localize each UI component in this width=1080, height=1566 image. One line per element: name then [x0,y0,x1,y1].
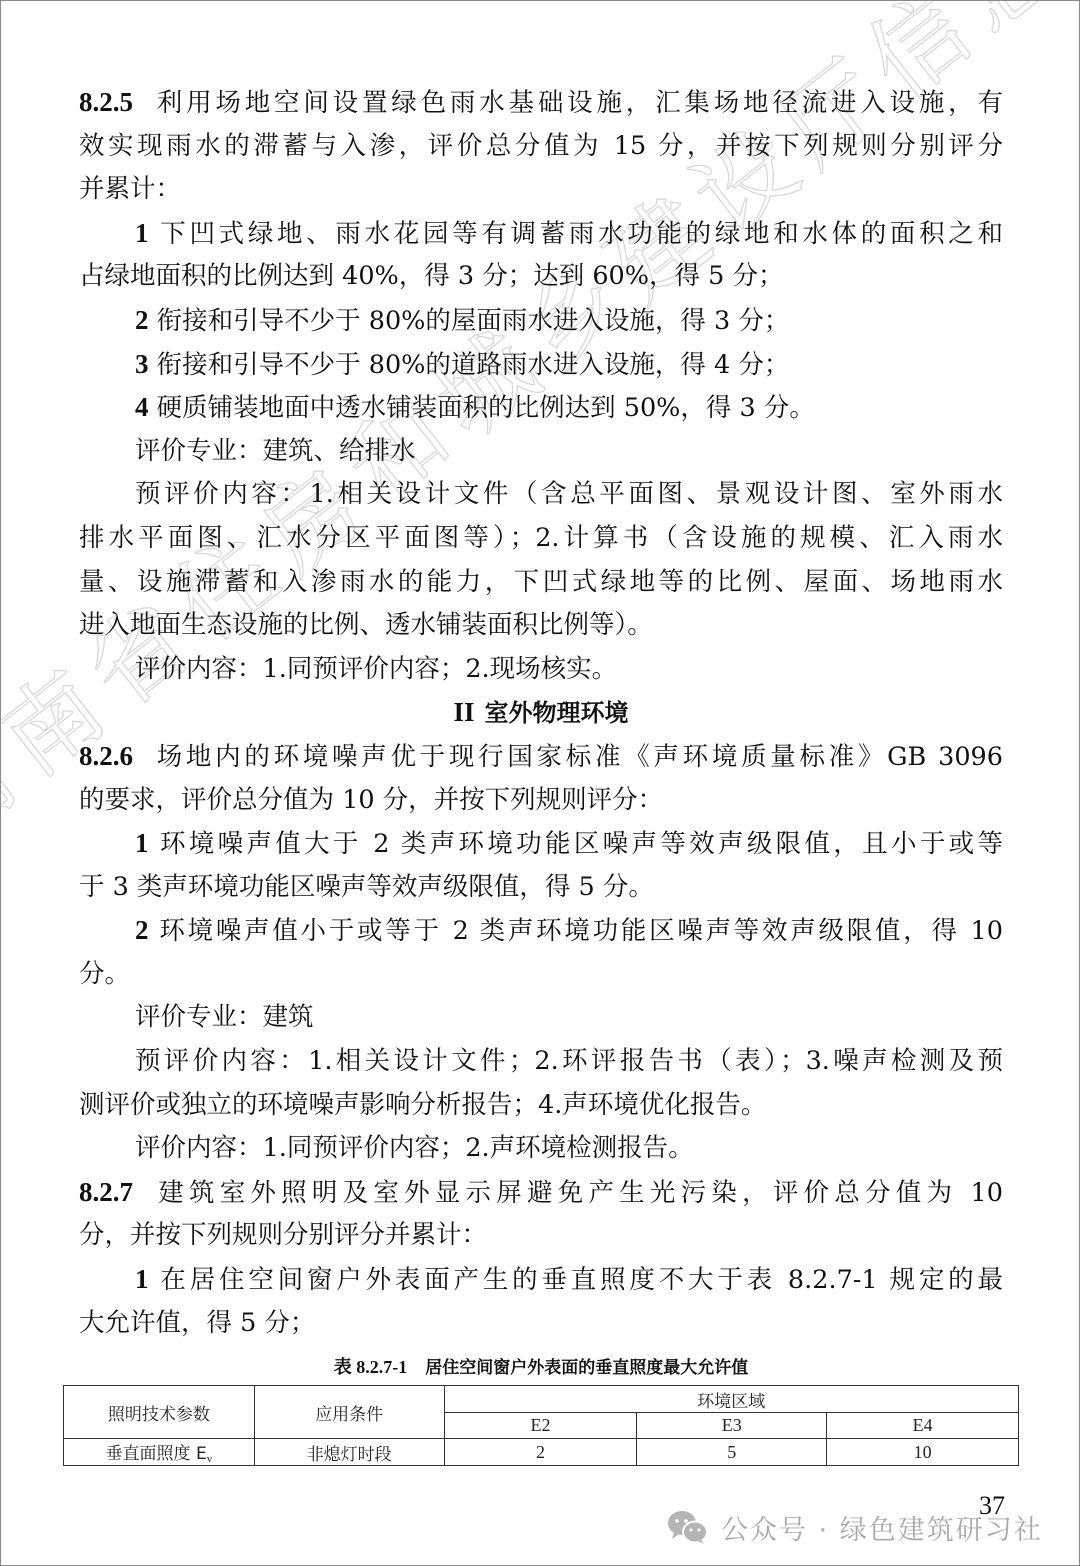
evaluation-content: 评价内容：1.同预评价内容；2.现场核实。 [79,648,1003,692]
rule-item-1-cont: 大允许值，得 5 分； [79,1302,1003,1346]
page-content: 8.2.5利用场地空间设置绿色雨水基础设施，汇集场地径流进入设施，有 效实现雨水… [79,81,1003,1345]
cell-condition: 非熄灯时段 [254,1439,444,1466]
clause-number: 8.2.6 [79,741,133,771]
rule-item-1-cont: 于 3 类声环境功能区噪声等效声级限值，得 5 分。 [79,866,1003,910]
rule-item-2-cont: 分。 [79,953,1003,997]
page-number: 37 [979,1491,1005,1521]
table-row: 垂直面照度 Ev 非熄灯时段 2 5 10 [64,1439,1019,1466]
pre-evaluation-content-cont: 进入地面生态设施的比例、透水铺装面积比例等）。 [79,604,1003,648]
cell-value-e2: 2 [444,1439,637,1466]
header-application-condition: 应用条件 [254,1386,444,1439]
header-zone-e3: E3 [637,1413,827,1439]
table-caption: 表 8.2.7-1居住空间窗户外表面的垂直照度最大允许值 [63,1353,1019,1379]
clause-8-2-6-line-1: 8.2.6场地内的环境噪声优于现行国家标准《声环境质量标准》GB 3096 [79,735,1003,779]
clause-text-line: 的要求，评价总分值为 10 分，并按下列规则评分： [79,779,1003,823]
rule-item-1: 1 环境噪声值大于 2 类声环境功能区噪声等效声级限值，且小于或等 [79,822,1003,866]
header-lighting-parameter: 照明技术参数 [64,1386,255,1439]
rule-item-4: 4 硬质铺装地面中透水铺装面积的比例达到 50%，得 3 分。 [79,386,1003,430]
pre-evaluation-content-cont: 量、设施滞蓄和入渗雨水的能力，下凹式绿地等的比例、屋面、场地雨水 [79,561,1003,605]
rule-item-2: 2 衔接和引导不少于 80%的屋面雨水进入设施，得 3 分； [79,299,1003,343]
clause-8-2-5-line-1: 8.2.5利用场地空间设置绿色雨水基础设施，汇集场地径流进入设施，有 [79,81,1003,125]
header-zone-e4: E4 [827,1413,1019,1439]
clause-number: 8.2.7 [79,1177,133,1207]
rule-item-1-cont: 占绿地面积的比例达到 40%，得 3 分；达到 60%，得 5 分； [79,255,1003,299]
rule-item-1: 1 在居住空间窗户外表面产生的垂直照度不大于表 8.2.7-1 规定的最 [79,1258,1003,1302]
evaluation-discipline: 评价专业：建筑 [79,996,1003,1040]
clause-text-line: 效实现雨水的滞蓄与入渗，评价总分值为 15 分，并按下列规则分别评分 [79,125,1003,169]
rule-item-3: 3 衔接和引导不少于 80%的道路雨水进入设施，得 4 分； [79,343,1003,387]
evaluation-content: 评价内容：1.同预评价内容；2.声环境检测报告。 [79,1127,1003,1171]
clause-text-line: 并累计： [79,168,1003,212]
cell-value-e4: 10 [827,1439,1019,1466]
section-heading: II室外物理环境 [79,691,1003,735]
evaluation-discipline: 评价专业：建筑、给排水 [79,430,1003,474]
document-page: 河南省住房和城乡建设厅信息公开浏览专用 8.2.5利用场地空间设置绿色雨水基础设… [0,0,1080,1566]
pre-evaluation-content: 预评价内容：1.相关设计文件；2.环评报告书（表）；3.噪声检测及预 [79,1040,1003,1084]
header-zone-e2: E2 [444,1413,637,1439]
clause-8-2-7-line-1: 8.2.7建筑室外照明及室外显示屏避免产生光污染，评价总分值为 10 [79,1171,1003,1215]
header-environment-zone: 环境区域 [444,1386,1018,1413]
pre-evaluation-content-cont: 排水平面图、汇水分区平面图等）；2.计算书（含设施的规模、汇入雨水 [79,517,1003,561]
clause-number: 8.2.5 [79,87,133,117]
cell-value-e3: 5 [637,1439,827,1466]
clause-text-line: 分，并按下列规则分别评分并累计： [79,1214,1003,1258]
pre-evaluation-content: 预评价内容：1.相关设计文件（含总平面图、景观设计图、室外雨水 [79,473,1003,517]
cell-parameter: 垂直面照度 Ev [64,1439,255,1466]
rule-item-1: 1 下凹式绿地、雨水花园等有调蓄雨水功能的绿地和水体的面积之和 [79,212,1003,256]
pre-evaluation-content-cont: 测评价或独立的环境噪声影响分析报告；4.声环境优化报告。 [79,1084,1003,1128]
rule-item-2: 2 环境噪声值小于或等于 2 类声环境功能区噪声等效声级限值，得 10 [79,909,1003,953]
wechat-icon [667,1509,709,1545]
illuminance-table: 照明技术参数 应用条件 环境区域 E2 E3 E4 垂直面照度 Ev 非熄灯时段… [63,1385,1019,1466]
